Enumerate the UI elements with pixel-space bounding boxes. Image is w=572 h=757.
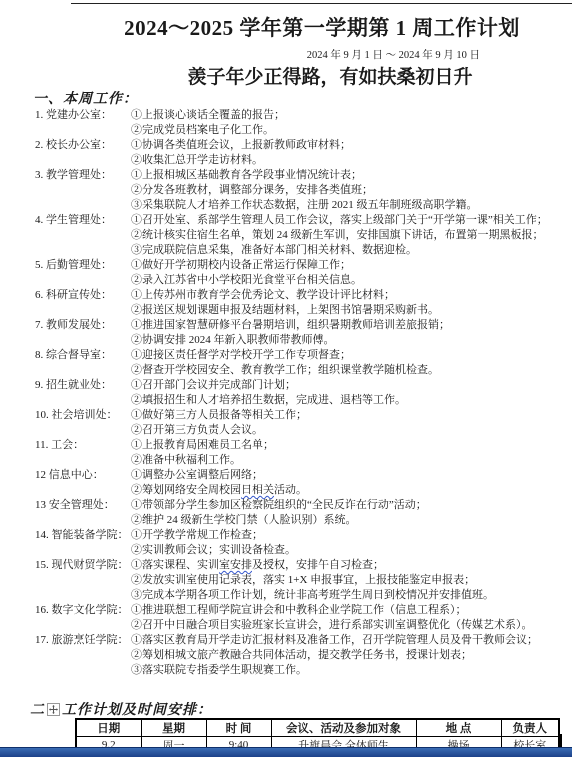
task-text: ②筹划网络安全周校园 xyxy=(131,484,241,496)
task-line: ②召开中日融合项目实验班家长宣讲会，进行系部实训室调整优化（传媒艺术系）。 xyxy=(131,618,558,633)
schedule-column-header: 星期 xyxy=(141,719,206,737)
task-line: ②录入江苏省中小学校阳光食堂平台相关信息。 xyxy=(131,273,558,288)
task-line: ③完成本学期各项工作计划，统计非高考班学生周日到校情况并安排值班。 xyxy=(131,588,558,603)
schedule-column-header: 日期 xyxy=(76,719,141,737)
department-label: 6. 科研宣传处： xyxy=(35,288,131,303)
task-list: ①做好开学初期校内设备正常运行保障工作；②录入江苏省中小学校阳光食堂平台相关信息… xyxy=(131,258,558,288)
work-item: 7. 教师发展处：①推进国家智慧研修平台暑期培训，组织暑期教师培训差旅报销；②协… xyxy=(35,318,558,348)
task-line: ②协调安排 2024 年新入职教师带教师傅。 xyxy=(131,333,558,348)
task-line: ②维护 24 级新生学校门禁（人脸识别）系统。 xyxy=(131,513,558,528)
task-line: ②筹划网络安全周校园日相关活动。 xyxy=(131,483,558,498)
task-line: ①带领部分学生参加区检察院组织的“全民反诈在行动”活动； xyxy=(131,498,558,513)
task-list: ①开学教学常规工作检查；②实训教师会议；实训设备检查。 xyxy=(131,528,558,558)
document-title: 2024～2025 学年第一学期第 1 周工作计划 xyxy=(72,12,572,42)
document-page: 2024～2025 学年第一学期第 1 周工作计划 2024 年 9 月 1 日… xyxy=(0,0,572,757)
task-line: ②统计核实住宿生名单，策划 24 级新生军训，安排国旗下讲话，布置第一期黑板报； xyxy=(131,228,558,243)
task-line: ①上报教育局困难员工名单； xyxy=(131,438,558,453)
department-label: 2. 校长办公室： xyxy=(35,138,131,153)
department-label: 17. 旅游烹饪学院： xyxy=(35,633,131,648)
task-list: ①上报相城区基础教育各学段事业情况统计表；②分发各班教材，调整部分课务，安排各类… xyxy=(131,168,558,213)
text-cursor xyxy=(560,734,562,747)
department-label: 16. 数字文化学院： xyxy=(35,603,131,618)
work-item: 16. 数字文化学院：①推进联想工程师学院宣讲会和中教科企业学院工作（信息工程系… xyxy=(35,603,558,633)
task-line: ①迎接区责任督学对学校开学工作专项督查； xyxy=(131,348,558,363)
task-line: ②分发各班教材，调整部分课务，安排各类值班； xyxy=(131,183,558,198)
department-label: 7. 教师发展处： xyxy=(35,318,131,333)
work-item: 11. 工会：①上报教育局困难员工名单；②准备中秋福利工作。 xyxy=(35,438,558,468)
work-item: 13 安全管理处：①带领部分学生参加区检察院组织的“全民反诈在行动”活动；②维护… xyxy=(35,498,558,528)
task-list: ①召开部门会议并完成部门计划；②填报招生和人才培养招生数据，完成进、退档等工作。 xyxy=(131,378,558,408)
work-item: 4. 学生管理处：①召开处室、系部学生管理人员工作会议，落实上级部门关于“开学第… xyxy=(35,213,558,258)
task-line: ①协调各类值班会议，上报新教师政审材料； xyxy=(131,138,558,153)
work-item: 2. 校长办公室：①协调各类值班会议，上报新教师政审材料；②收集汇总开学走访材料… xyxy=(35,138,558,168)
task-line: ①上报谈心谈话全覆盖的报告； xyxy=(131,108,558,123)
task-line: ②发放实训室使用记录表，落实 1+X 申报事宜，上报技能鉴定申报表； xyxy=(131,573,558,588)
task-line: ①落实区教育局开学走访汇报材料及准备工作，召开学院管理人员及骨干教师会议； xyxy=(131,633,558,648)
department-label: 8. 综合督导室： xyxy=(35,348,131,363)
task-line: ①调整办公室调整后网络； xyxy=(131,468,558,483)
task-line: ①做好第三方人员报备等相关工作； xyxy=(131,408,558,423)
department-label: 11. 工会： xyxy=(35,438,131,453)
task-line: ②完成党员档案电子化工作。 xyxy=(131,123,558,138)
section-heading-text: 工作计划及时间安排： xyxy=(62,699,212,719)
task-line: ②筹划相城文旅产教融合共同体活动，提交教学任务书，授课计划表； xyxy=(131,648,558,663)
task-line: ②收集汇总开学走访材料。 xyxy=(131,153,558,168)
task-line: ①落实课程、实训室安排及授权，安排午自习检查； xyxy=(131,558,558,573)
task-list: ①上报教育局困难员工名单；②准备中秋福利工作。 xyxy=(131,438,558,468)
schedule-column-header: 时 间 xyxy=(206,719,271,737)
schedule-column-header: 负责人 xyxy=(501,719,559,737)
schedule-column-header: 地 点 xyxy=(416,719,501,737)
task-line: ②报送区规划课题申报及结题材料，上架图书馆暑期采购新书。 xyxy=(131,303,558,318)
department-label: 15. 现代财贸学院： xyxy=(35,558,131,573)
department-label: 12 信息中心： xyxy=(35,468,131,483)
department-label: 3. 教学管理处： xyxy=(35,168,131,183)
section-heading-schedule: 二 工作计划及时间安排： xyxy=(30,699,212,719)
task-text: 及授权，安排午自习检查； xyxy=(252,559,384,571)
task-list: ①迎接区责任督学对学校开学工作专项督查；②督查开学校园安全、教育教学工作；组织课… xyxy=(131,348,558,378)
work-item: 10. 社会培训处：①做好第三方人员报备等相关工作；②召开第三方负责人会议。 xyxy=(35,408,558,438)
task-list: ①上传苏州市教育学会优秀论文、教学设计评比材料；②报送区规划课题申报及结题材料，… xyxy=(131,288,558,318)
department-label: 13 安全管理处： xyxy=(35,498,131,513)
work-item: 5. 后勤管理处：①做好开学初期校内设备正常运行保障工作；②录入江苏省中小学校阳… xyxy=(35,258,558,288)
task-line: ②督查开学校园安全、教育教学工作；组织课堂教学随机检查。 xyxy=(131,363,558,378)
task-line: ②实训教师会议；实训设备检查。 xyxy=(131,543,558,558)
department-label: 5. 后勤管理处： xyxy=(35,258,131,273)
department-label: 9. 招生就业处： xyxy=(35,378,131,393)
task-list: ①推进联想工程师学院宣讲会和中教科企业学院工作（信息工程系）；②召开中日融合项目… xyxy=(131,603,558,633)
table-move-handle-icon[interactable] xyxy=(47,703,60,716)
section-heading-week-work: 一、本周工作： xyxy=(33,88,138,108)
task-text: ①落实课程、实训 xyxy=(131,559,219,571)
task-list: ①推进国家智慧研修平台暑期培训，组织暑期教师培训差旅报销；②协调安排 2024 … xyxy=(131,318,558,348)
schedule-table-header: 日期星期时 间会议、活动及参加对象地 点负责人 xyxy=(76,719,559,737)
spellcheck-flagged-text: 日相关 xyxy=(241,484,274,496)
task-line: ②填报招生和人才培养招生数据，完成进、退档等工作。 xyxy=(131,393,558,408)
work-item: 12 信息中心：①调整办公室调整后网络；②筹划网络安全周校园日相关活动。 xyxy=(35,468,558,498)
work-item: 3. 教学管理处：①上报相城区基础教育各学段事业情况统计表；②分发各班教材，调整… xyxy=(35,168,558,213)
department-label: 1. 党建办公室： xyxy=(35,108,131,123)
bottom-window-bar xyxy=(0,747,572,757)
task-line: ①召开部门会议并完成部门计划； xyxy=(131,378,558,393)
task-list: ①调整办公室调整后网络；②筹划网络安全周校园日相关活动。 xyxy=(131,468,558,498)
task-list: ①协调各类值班会议，上报新教师政审材料；②收集汇总开学走访材料。 xyxy=(131,138,558,168)
department-label: 14. 智能装备学院： xyxy=(35,528,131,543)
task-line: ①上报相城区基础教育各学段事业情况统计表； xyxy=(131,168,558,183)
schedule-column-header: 会议、活动及参加对象 xyxy=(271,719,416,737)
section-heading-prefix: 二 xyxy=(30,699,45,719)
task-line: ①做好开学初期校内设备正常运行保障工作； xyxy=(131,258,558,273)
work-item: 6. 科研宣传处：①上传苏州市教育学会优秀论文、教学设计评比材料；②报送区规划课… xyxy=(35,288,558,318)
task-list: ①上报谈心谈话全覆盖的报告；②完成党员档案电子化工作。 xyxy=(131,108,558,138)
department-label: 4. 学生管理处： xyxy=(35,213,131,228)
task-text: 活动。 xyxy=(274,484,307,496)
motto-line: 羡子年少正得路，有如扶桑初日升 xyxy=(88,62,572,89)
task-list: ①做好第三方人员报备等相关工作；②召开第三方负责人会议。 xyxy=(131,408,558,438)
department-label: 10. 社会培训处： xyxy=(35,408,131,423)
task-list: ①带领部分学生参加区检察院组织的“全民反诈在行动”活动；②维护 24 级新生学校… xyxy=(131,498,558,528)
task-line: ①上传苏州市教育学会优秀论文、教学设计评比材料； xyxy=(131,288,558,303)
task-line: ③完成联院信息采集，准备好本部门相关材料、数据迎检。 xyxy=(131,243,558,258)
task-line: ②召开第三方负责人会议。 xyxy=(131,423,558,438)
task-line: ③采集联院人才培养工作状态数据，注册 2021 级五年制班级高职学籍。 xyxy=(131,198,558,213)
task-line: ①召开处室、系部学生管理人员工作会议，落实上级部门关于“开学第一课”相关工作； xyxy=(131,213,558,228)
work-item: 9. 招生就业处：①召开部门会议并完成部门计划；②填报招生和人才培养招生数据，完… xyxy=(35,378,558,408)
work-item: 8. 综合督导室：①迎接区责任督学对学校开学工作专项督查；②督查开学校园安全、教… xyxy=(35,348,558,378)
task-list: ①落实课程、实训室安排及授权，安排午自习检查；②发放实训室使用记录表，落实 1+… xyxy=(131,558,558,603)
weekly-work-list: 1. 党建办公室：①上报谈心谈话全覆盖的报告；②完成党员档案电子化工作。2. 校… xyxy=(35,108,558,678)
work-item: 17. 旅游烹饪学院：①落实区教育局开学走访汇报材料及准备工作，召开学院管理人员… xyxy=(35,633,558,678)
task-list: ①落实区教育局开学走访汇报材料及准备工作，召开学院管理人员及骨干教师会议；②筹划… xyxy=(131,633,558,678)
task-line: ③落实联院专指委学生职规赛工作。 xyxy=(131,663,558,678)
work-item: 14. 智能装备学院：①开学教学常规工作检查；②实训教师会议；实训设备检查。 xyxy=(35,528,558,558)
page-top-rule xyxy=(71,3,572,4)
work-item: 15. 现代财贸学院：①落实课程、实训室安排及授权，安排午自习检查；②发放实训室… xyxy=(35,558,558,603)
task-line: ①开学教学常规工作检查； xyxy=(131,528,558,543)
work-item: 1. 党建办公室：①上报谈心谈话全覆盖的报告；②完成党员档案电子化工作。 xyxy=(35,108,558,138)
task-line: ①推进国家智慧研修平台暑期培训，组织暑期教师培训差旅报销； xyxy=(131,318,558,333)
task-line: ②准备中秋福利工作。 xyxy=(131,453,558,468)
spellcheck-flagged-text: 室安排 xyxy=(219,559,252,571)
task-line: ①推进联想工程师学院宣讲会和中教科企业学院工作（信息工程系）； xyxy=(131,603,558,618)
date-range: 2024 年 9 月 1 日 ～ 2024 年 9 月 10 日 xyxy=(0,47,480,62)
task-list: ①召开处室、系部学生管理人员工作会议，落实上级部门关于“开学第一课”相关工作；②… xyxy=(131,213,558,258)
